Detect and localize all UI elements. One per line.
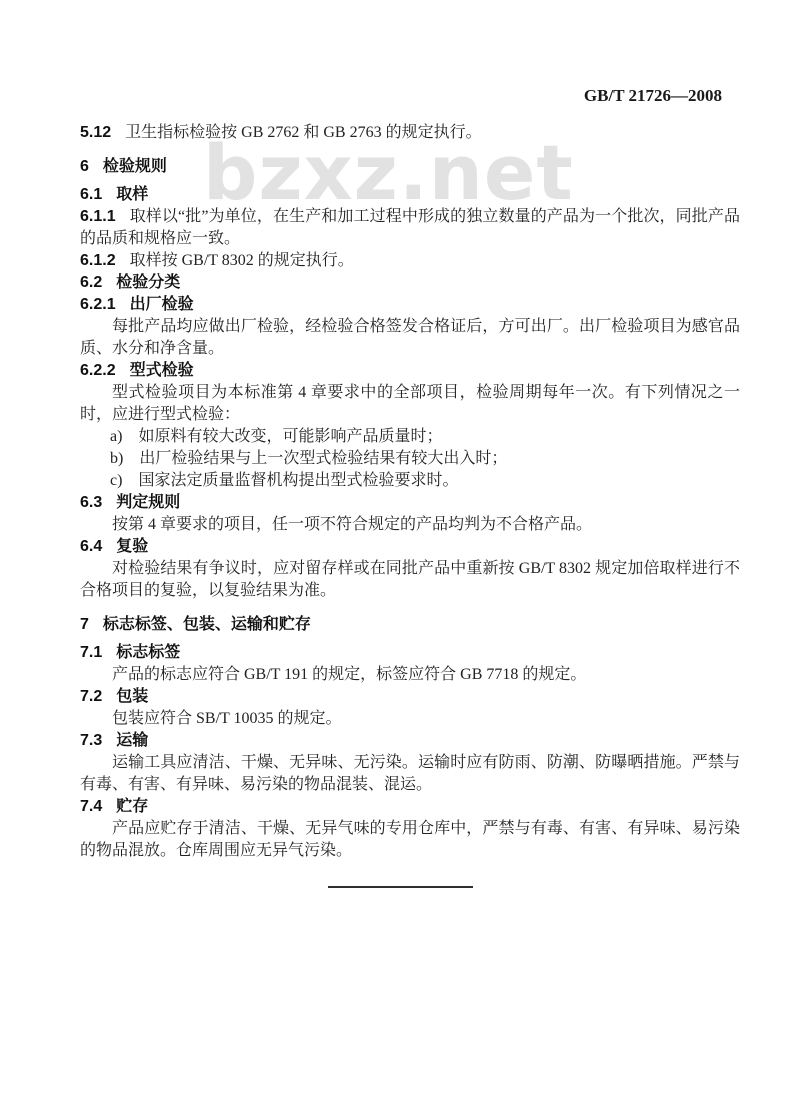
heading-number: 7.1 (80, 644, 102, 661)
paragraph: 包装应符合 SB/T 10035 的规定。 (80, 708, 740, 730)
list-label: b) (110, 450, 123, 467)
list-item: b)出厂检验结果与上一次型式检验结果有较大出入时； (110, 448, 740, 470)
list-item: c)国家法定质量监督机构提出型式检验要求时。 (110, 470, 740, 492)
section-heading: 7.4贮存 (80, 796, 740, 818)
paragraph: 按第 4 章要求的项目，任一项不符合规定的产品均判为不合格产品。 (80, 514, 740, 536)
body-text: 取样以“批”为单位，在生产和加工过程中形成的独立数量的产品为一个批次，同批产品的… (80, 208, 740, 247)
body-text: 按第 4 章要求的项目，任一项不符合规定的产品均判为不合格产品。 (112, 516, 592, 533)
heading-number: 6.2.1 (80, 296, 116, 313)
paragraph: 型式检验项目为本标准第 4 章要求中的全部项目，检验周期每年一次。有下列情况之一… (80, 382, 740, 426)
list-text: 出厂检验结果与上一次型式检验结果有较大出入时； (139, 450, 507, 467)
heading-title: 运输 (116, 732, 148, 749)
clause: 6.1.1取样以“批”为单位，在生产和加工过程中形成的独立数量的产品为一个批次，… (80, 206, 740, 250)
section-heading: 6.2.1出厂检验 (80, 294, 740, 316)
end-of-text-rule (328, 886, 473, 888)
heading-number: 6.3 (80, 494, 102, 511)
heading-title: 判定规则 (116, 494, 180, 511)
body-text: 产品应贮存于清洁、干燥、无异气味的专用仓库中，严禁与有毒、有害、有异味、易污染的… (80, 820, 740, 859)
paragraph: 对检验结果有争议时，应对留存样或在同批产品中重新按 GB/T 8302 规定加倍… (80, 558, 740, 602)
heading-title: 标志标签、包装、运输和贮存 (103, 616, 311, 633)
body-text: 包装应符合 SB/T 10035 的规定。 (112, 710, 342, 727)
heading-number: 7.2 (80, 688, 102, 705)
clause-number: 5.12 (80, 124, 111, 141)
paragraph: 每批产品均应做出厂检验，经检验合格签发合格证后，方可出厂。出厂检验项目为感官品质… (80, 316, 740, 360)
heading-title: 包装 (116, 688, 148, 705)
heading-number: 6.2 (80, 274, 102, 291)
section-heading: 7.3运输 (80, 730, 740, 752)
body-text: 对检验结果有争议时，应对留存样或在同批产品中重新按 GB/T 8302 规定加倍… (80, 560, 740, 599)
list-label: a) (110, 428, 122, 445)
clause-number: 6.1.2 (80, 252, 116, 269)
body-text: 型式检验项目为本标准第 4 章要求中的全部项目，检验周期每年一次。有下列情况之一… (80, 384, 740, 423)
list-label: c) (110, 472, 122, 489)
heading-number: 7 (80, 616, 89, 633)
heading-title: 复验 (116, 538, 148, 555)
clause: 6.1.2取样按 GB/T 8302 的规定执行。 (80, 250, 740, 272)
clause: 5.12卫生指标检验按 GB 2762 和 GB 2763 的规定执行。 (80, 122, 740, 144)
list-text: 如原料有较大改变，可能影响产品质量时； (138, 428, 442, 445)
heading-number: 6 (80, 158, 89, 175)
body-text: 取样按 GB/T 8302 的规定执行。 (130, 252, 354, 269)
heading-number: 7.3 (80, 732, 102, 749)
list-text: 国家法定质量监督机构提出型式检验要求时。 (138, 472, 458, 489)
heading-title: 检验规则 (103, 158, 167, 175)
section-heading: 6.3判定规则 (80, 492, 740, 514)
document-page: bzxz.net GB/T 21726—2008 5.12卫生指标检验按 GB … (0, 0, 800, 1120)
body-text: 每批产品均应做出厂检验，经检验合格签发合格证后，方可出厂。出厂检验项目为感官品质… (80, 318, 740, 357)
section-heading: 6.4复验 (80, 536, 740, 558)
heading-title: 出厂检验 (130, 296, 194, 313)
heading-number: 6.4 (80, 538, 102, 555)
heading-title: 取样 (116, 186, 148, 203)
chapter-heading: 6检验规则 (80, 156, 740, 178)
chapter-heading: 7标志标签、包装、运输和贮存 (80, 614, 740, 636)
heading-number: 6.1 (80, 186, 102, 203)
body-text: 卫生指标检验按 GB 2762 和 GB 2763 的规定执行。 (125, 124, 481, 141)
document-body: 5.12卫生指标检验按 GB 2762 和 GB 2763 的规定执行。6检验规… (80, 122, 740, 888)
heading-title: 型式检验 (130, 362, 194, 379)
body-text: 产品的标志应符合 GB/T 191 的规定，标签应符合 GB 7718 的规定。 (112, 666, 586, 683)
heading-title: 贮存 (116, 798, 148, 815)
clause-number: 6.1.1 (80, 208, 116, 225)
section-heading: 7.1标志标签 (80, 642, 740, 664)
standard-number-header: GB/T 21726—2008 (80, 86, 740, 106)
paragraph: 运输工具应清洁、干燥、无异味、无污染。运输时应有防雨、防潮、防曝晒措施。严禁与有… (80, 752, 740, 796)
body-text: 运输工具应清洁、干燥、无异味、无污染。运输时应有防雨、防潮、防曝晒措施。严禁与有… (80, 754, 740, 793)
section-heading: 6.2检验分类 (80, 272, 740, 294)
paragraph: 产品应贮存于清洁、干燥、无异气味的专用仓库中，严禁与有毒、有害、有异味、易污染的… (80, 818, 740, 862)
heading-title: 检验分类 (116, 274, 180, 291)
section-heading: 6.2.2型式检验 (80, 360, 740, 382)
section-heading: 7.2包装 (80, 686, 740, 708)
list-item: a)如原料有较大改变，可能影响产品质量时； (110, 426, 740, 448)
paragraph: 产品的标志应符合 GB/T 191 的规定，标签应符合 GB 7718 的规定。 (80, 664, 740, 686)
heading-title: 标志标签 (116, 644, 180, 661)
section-heading: 6.1取样 (80, 184, 740, 206)
heading-number: 7.4 (80, 798, 102, 815)
heading-number: 6.2.2 (80, 362, 116, 379)
